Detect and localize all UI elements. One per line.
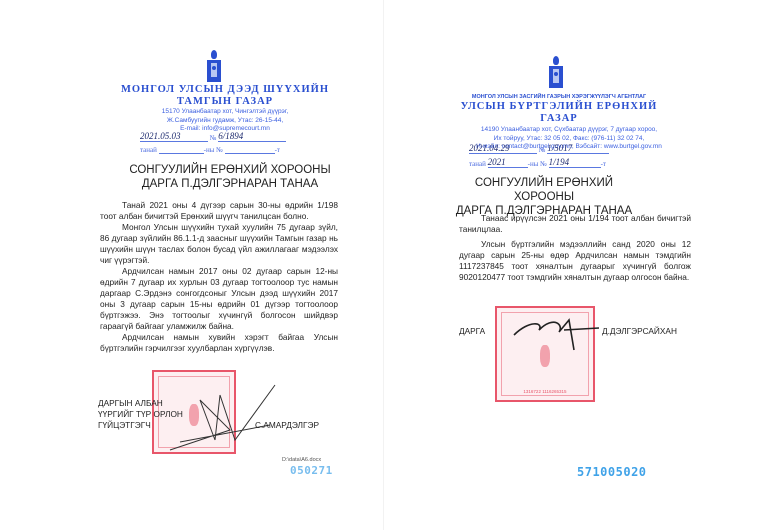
letter-number: 6/1894 bbox=[218, 131, 243, 141]
letter-number: 1/5017 bbox=[547, 143, 572, 153]
letter-body: Танаас ирүүлсэн 2021 оны 1/194 тоот алба… bbox=[459, 213, 691, 283]
signature-scribble bbox=[509, 310, 609, 360]
signature-title: ДАРГА bbox=[459, 326, 485, 337]
org-name: УЛСЫН БҮРТГЭЛИЙН ЕРӨНХИЙ ГАЗАР bbox=[434, 101, 684, 125]
letter-date: 2021.04.29 bbox=[469, 143, 510, 153]
file-path: D:\data\A6.docx bbox=[282, 457, 321, 463]
letter-body: Танай 2021 оны 4 дүгээр сарын 30-ны өдри… bbox=[100, 200, 338, 354]
org-name: МОНГОЛ УЛСЫН ДЭЭД ШҮҮХИЙН ТАМГЫН ГАЗАР bbox=[100, 84, 350, 108]
letter-supreme-court: МОНГОЛ УЛСЫН ДЭЭД ШҮҮХИЙН ТАМГЫН ГАЗАР 1… bbox=[0, 0, 383, 530]
signatory-name: С.АМАРДЭЛГЭР bbox=[255, 420, 319, 431]
serial-number: 050271 bbox=[290, 464, 333, 477]
reply-date: 2021 bbox=[488, 157, 506, 167]
org-address: 15170 Улаанбаатар хот, Чингэлтэй дүүрэг,… bbox=[100, 108, 350, 134]
addressee: СОНГУУЛИЙН ЕРӨНХИЙ ХОРООНЫ ДАРГА П.ДЭЛГЭ… bbox=[444, 176, 644, 218]
soyombo-emblem-icon bbox=[206, 50, 222, 84]
letter-registration-agency: МОНГОЛ УЛСЫН ЗАСГИЙН ГАЗРЫН ХЭРЭГЖҮҮЛЭГЧ… bbox=[383, 0, 766, 530]
signature-title: ДАРГЫН АЛБАН ҮҮРГИЙГ ТҮР ОРЛОН ГҮЙЦЭТГЭГ… bbox=[98, 398, 183, 431]
reply-reference: танай -ны № -т bbox=[140, 146, 280, 154]
letter-date-ref: 2021.04.29 № 1/5017 bbox=[469, 143, 609, 154]
letter-date-ref: 2021.05.03 № 6/1894 bbox=[140, 131, 286, 142]
stamp-numbers: 1316722 1116265315 bbox=[497, 389, 593, 394]
addressee: СОНГУУЛИЙН ЕРӨНХИЙ ХОРООНЫ ДАРГА П.ДЭЛГЭ… bbox=[110, 163, 350, 191]
signatory-name: Д.ДЭЛГЭРСАЙХАН bbox=[602, 326, 677, 337]
soyombo-emblem-icon bbox=[548, 56, 564, 90]
serial-number: 571005020 bbox=[577, 465, 647, 479]
reply-reference: танай 2021-ны № 1/194-т bbox=[469, 157, 606, 168]
letter-date: 2021.05.03 bbox=[140, 131, 181, 141]
reply-number: 1/194 bbox=[549, 157, 570, 167]
